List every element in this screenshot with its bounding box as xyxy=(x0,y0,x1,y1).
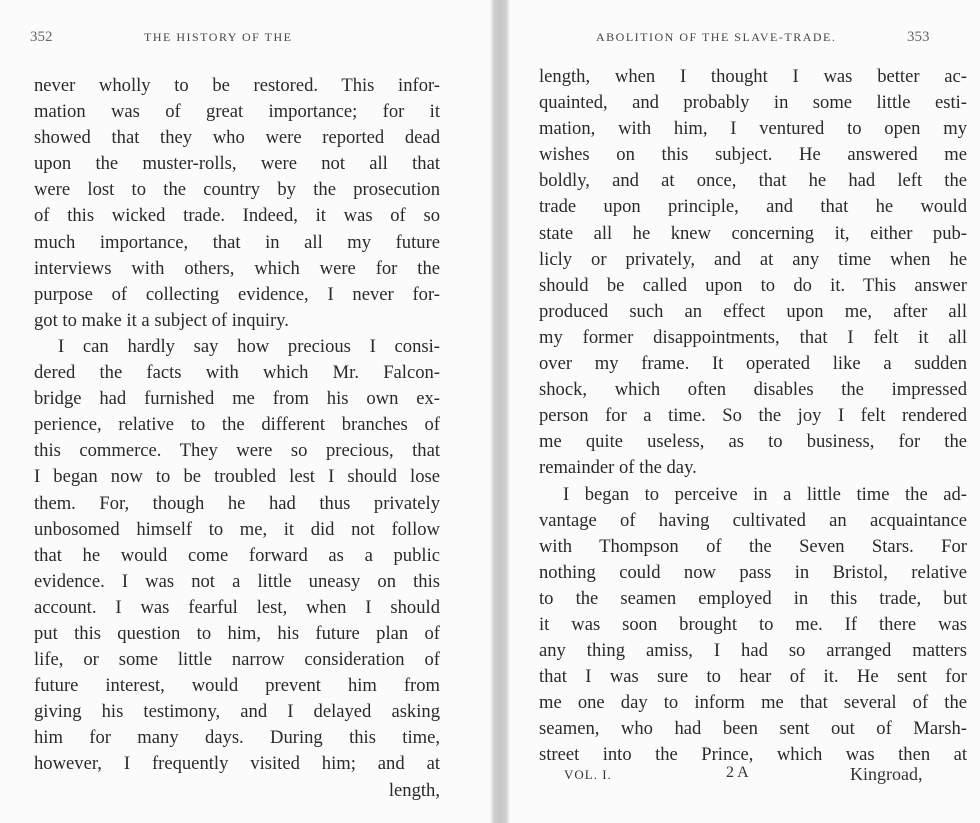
text-line: nothing could now pass in Bristol, relat… xyxy=(539,560,967,586)
text-line: seamen, who had been sent out of Marsh- xyxy=(539,716,967,742)
signature-mark: 2 A xyxy=(726,764,749,782)
text-line: got to make it a subject of inquiry. xyxy=(34,308,440,334)
text-line: showed that they who were reported dead xyxy=(34,125,440,151)
text-line: bridge had furnished me from his own ex- xyxy=(34,386,440,412)
text-line: upon the muster-rolls, were not all that xyxy=(34,151,440,177)
text-line: put this question to him, his future pla… xyxy=(34,621,440,647)
text-line: licly or privately, and at any time when… xyxy=(539,247,967,273)
right-page: ABOLITION OF THE SLAVE-TRADE. 353 length… xyxy=(510,0,980,823)
text-line: to the seamen employed in this trade, bu… xyxy=(539,586,967,612)
text-line: boldly, and at once, that he had left th… xyxy=(539,168,967,194)
running-head: THE HISTORY OF THE xyxy=(144,30,292,45)
text-line: remainder of the day. xyxy=(539,455,967,481)
running-head: ABOLITION OF THE SLAVE-TRADE. xyxy=(596,30,836,45)
text-line: vantage of having cultivated an acquaint… xyxy=(539,508,967,534)
text-line: trade upon principle, and that he would xyxy=(539,194,967,220)
text-line: with Thompson of the Seven Stars. For xyxy=(539,534,967,560)
text-line: dered the facts with which Mr. Falcon- xyxy=(34,360,440,386)
catchword: length, xyxy=(34,778,440,804)
text-line: mation was of great importance; for it xyxy=(34,99,440,125)
text-line: however, I frequently visited him; and a… xyxy=(34,751,440,777)
text-line: giving his testimony, and I delayed aski… xyxy=(34,699,440,725)
page-number: 352 xyxy=(30,29,53,46)
text-line: wishes on this subject. He answered me xyxy=(539,142,967,168)
text-line: that he would come forward as a public xyxy=(34,543,440,569)
text-line: evidence. I was not a little uneasy on t… xyxy=(34,569,440,595)
text-line: much importance, that in all my future xyxy=(34,230,440,256)
volume-mark: VOL. I. xyxy=(564,767,612,783)
text-line: them. For, though he had thus privately xyxy=(34,491,440,517)
text-line: me quite useless, as to business, for th… xyxy=(539,429,967,455)
text-line: person for a time. So the joy I felt ren… xyxy=(539,403,967,429)
text-line: of this wicked trade. Indeed, it was of … xyxy=(34,203,440,229)
text-line: over my frame. It operated like a sudden xyxy=(539,351,967,377)
text-line: him for many days. During this time, xyxy=(34,725,440,751)
text-line: I can hardly say how precious I consi- xyxy=(34,334,440,360)
text-line: life, or some little narrow consideratio… xyxy=(34,647,440,673)
text-line: produced such an effect upon me, after a… xyxy=(539,299,967,325)
text-line: I began to perceive in a little time the… xyxy=(539,482,967,508)
text-line: mation, with him, I ventured to open my xyxy=(539,116,967,142)
text-line: my former disappointments, that I felt i… xyxy=(539,325,967,351)
text-line: should be called upon to do it. This ans… xyxy=(539,273,967,299)
text-line: were lost to the country by the prosecut… xyxy=(34,177,440,203)
text-line: state all he knew concerning it, either … xyxy=(539,221,967,247)
catchword: Kingroad, xyxy=(850,764,922,785)
text-line: I began now to be troubled lest I should… xyxy=(34,464,440,490)
text-line: shock, which often disables the impresse… xyxy=(539,377,967,403)
text-line: account. I was fearful lest, when I shou… xyxy=(34,595,440,621)
text-line: length, when I thought I was better ac- xyxy=(539,64,967,90)
left-page: 352 THE HISTORY OF THE never wholly to b… xyxy=(0,0,492,823)
book-gutter xyxy=(490,0,510,823)
text-line: any thing amiss, I had so arranged matte… xyxy=(539,638,967,664)
page-body-text: never wholly to be restored. This infor-… xyxy=(34,73,440,804)
text-line: this commerce. They were so precious, th… xyxy=(34,438,440,464)
text-line: purpose of collecting evidence, I never … xyxy=(34,282,440,308)
page-body-text: length, when I thought I was better ac-q… xyxy=(539,64,967,769)
page-number: 353 xyxy=(907,29,930,46)
text-line: that I was sure to hear of it. He sent f… xyxy=(539,664,967,690)
text-line: perience, relative to the different bran… xyxy=(34,412,440,438)
text-line: never wholly to be restored. This infor- xyxy=(34,73,440,99)
text-line: interviews with others, which were for t… xyxy=(34,256,440,282)
text-line: unbosomed himself to me, it did not foll… xyxy=(34,517,440,543)
text-line: quainted, and probably in some little es… xyxy=(539,90,967,116)
text-line: future interest, would prevent him from xyxy=(34,673,440,699)
text-line: it was soon brought to me. If there was xyxy=(539,612,967,638)
text-line: me one day to inform me that several of … xyxy=(539,690,967,716)
